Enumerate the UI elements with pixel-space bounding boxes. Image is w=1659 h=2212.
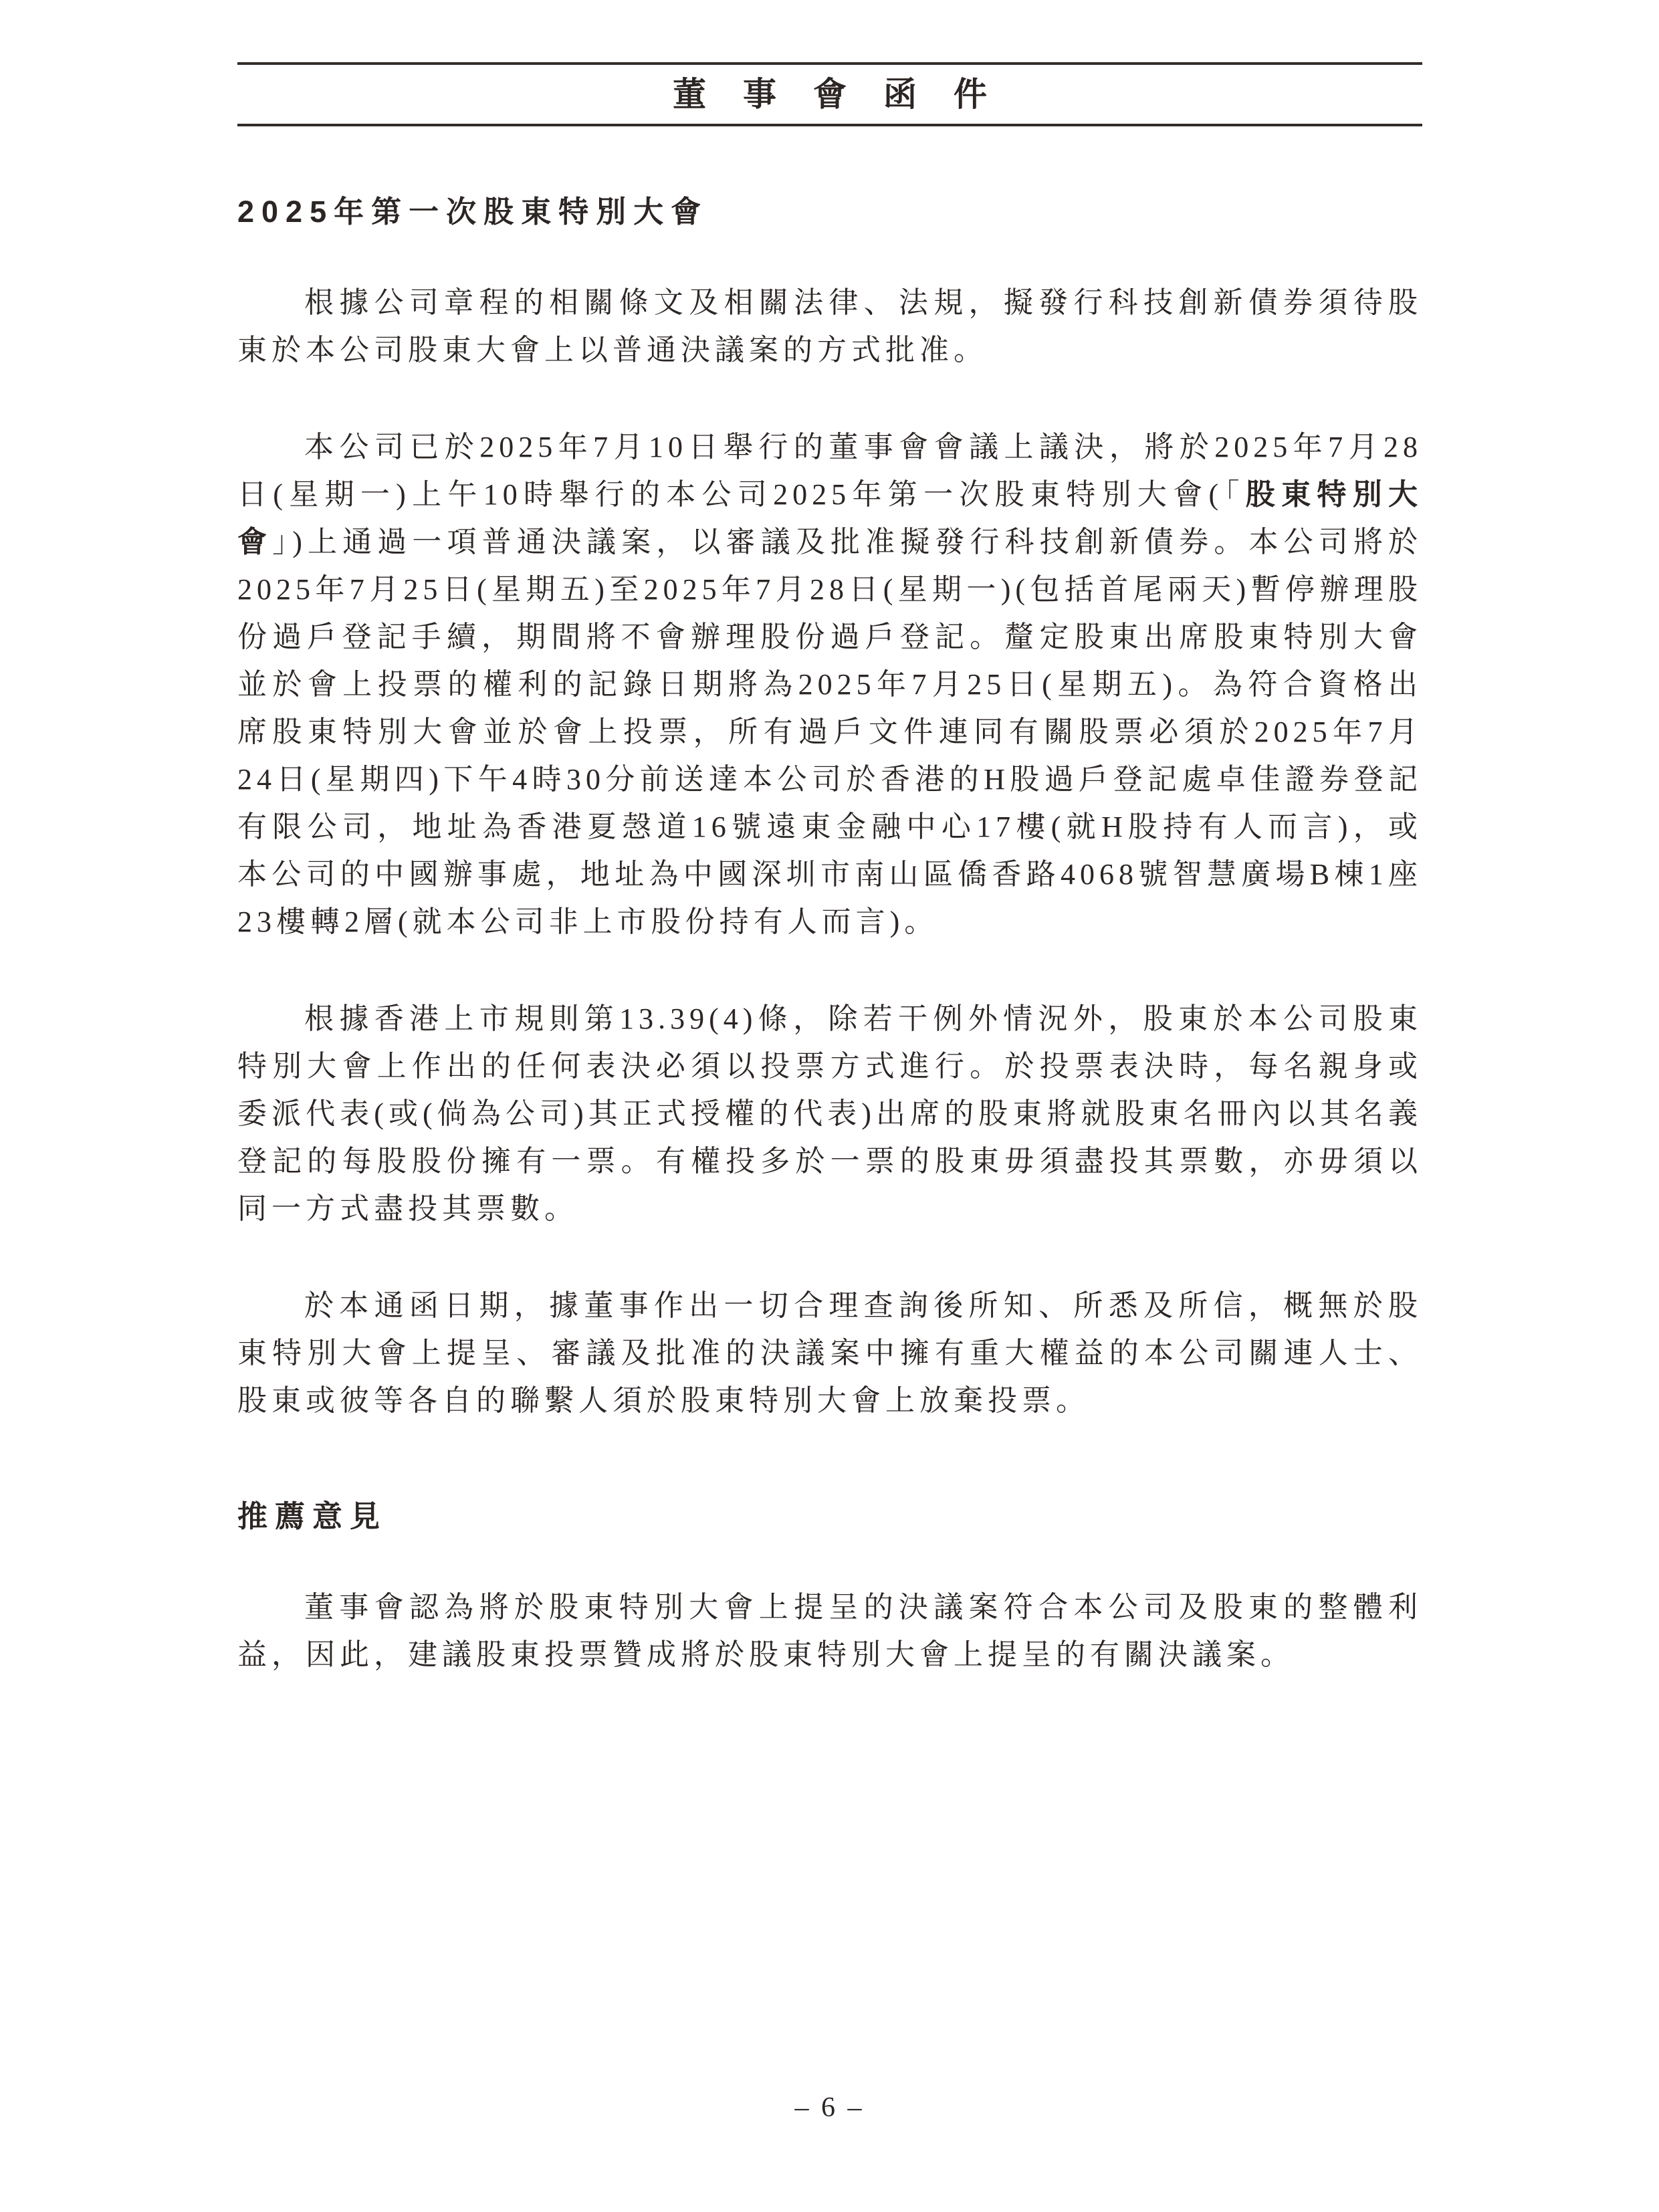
paragraph-segment: 根據公司章程的相關條文及相關法律、法規，擬發行科技創新債券須待股東於本公司股東大… [237,286,1422,366]
section-heading-egm-2025: 2025年第一次股東特別大會 [237,195,1422,229]
paragraph-segment: 」)上通過一項普通決議案，以審議及批准擬發行科技創新債券。本公司將於2025年7… [237,526,1422,938]
header-rule-bottom [237,124,1422,126]
paragraph-approval-requirement: 根據公司章程的相關條文及相關法律、法規，擬發行科技創新債券須待股東於本公司股東大… [237,279,1422,374]
paragraph-egm-details: 本公司已於2025年7月10日舉行的董事會會議上議決，將於2025年7月28日(… [237,423,1422,946]
paragraph-segment: 本公司已於2025年7月10日舉行的董事會會議上議決，將於2025年7月28日(… [237,431,1422,511]
section-heading-recommendation: 推薦意見 [237,1499,1422,1534]
header-title: 董事會函件 [237,65,1422,124]
paragraph-poll-voting: 根據香港上市規則第13.39(4)條，除若干例外情況外，股東於本公司股東特別大會… [237,995,1422,1232]
page-number: – 6 – [0,2092,1659,2124]
page-content: 董事會函件 2025年第一次股東特別大會 根據公司章程的相關條文及相關法律、法規… [237,0,1422,1678]
paragraph-recommendation: 董事會認為將於股東特別大會上提呈的決議案符合本公司及股東的整體利益，因此，建議股… [237,1583,1422,1678]
paragraph-no-abstention: 於本通函日期，據董事作出一切合理查詢後所知、所悉及所信，概無於股東特別大會上提呈… [237,1282,1422,1424]
board-letter-header: 董事會函件 [237,62,1422,126]
paragraph-segment: 董事會認為將於股東特別大會上提呈的決議案符合本公司及股東的整體利益，因此，建議股… [237,1591,1422,1671]
paragraph-segment: 於本通函日期，據董事作出一切合理查詢後所知、所悉及所信，概無於股東特別大會上提呈… [237,1289,1422,1417]
document-page: 董事會函件 2025年第一次股東特別大會 根據公司章程的相關條文及相關法律、法規… [0,0,1659,2212]
paragraph-segment: 根據香港上市規則第13.39(4)條，除若干例外情況外，股東於本公司股東特別大會… [237,1002,1422,1225]
